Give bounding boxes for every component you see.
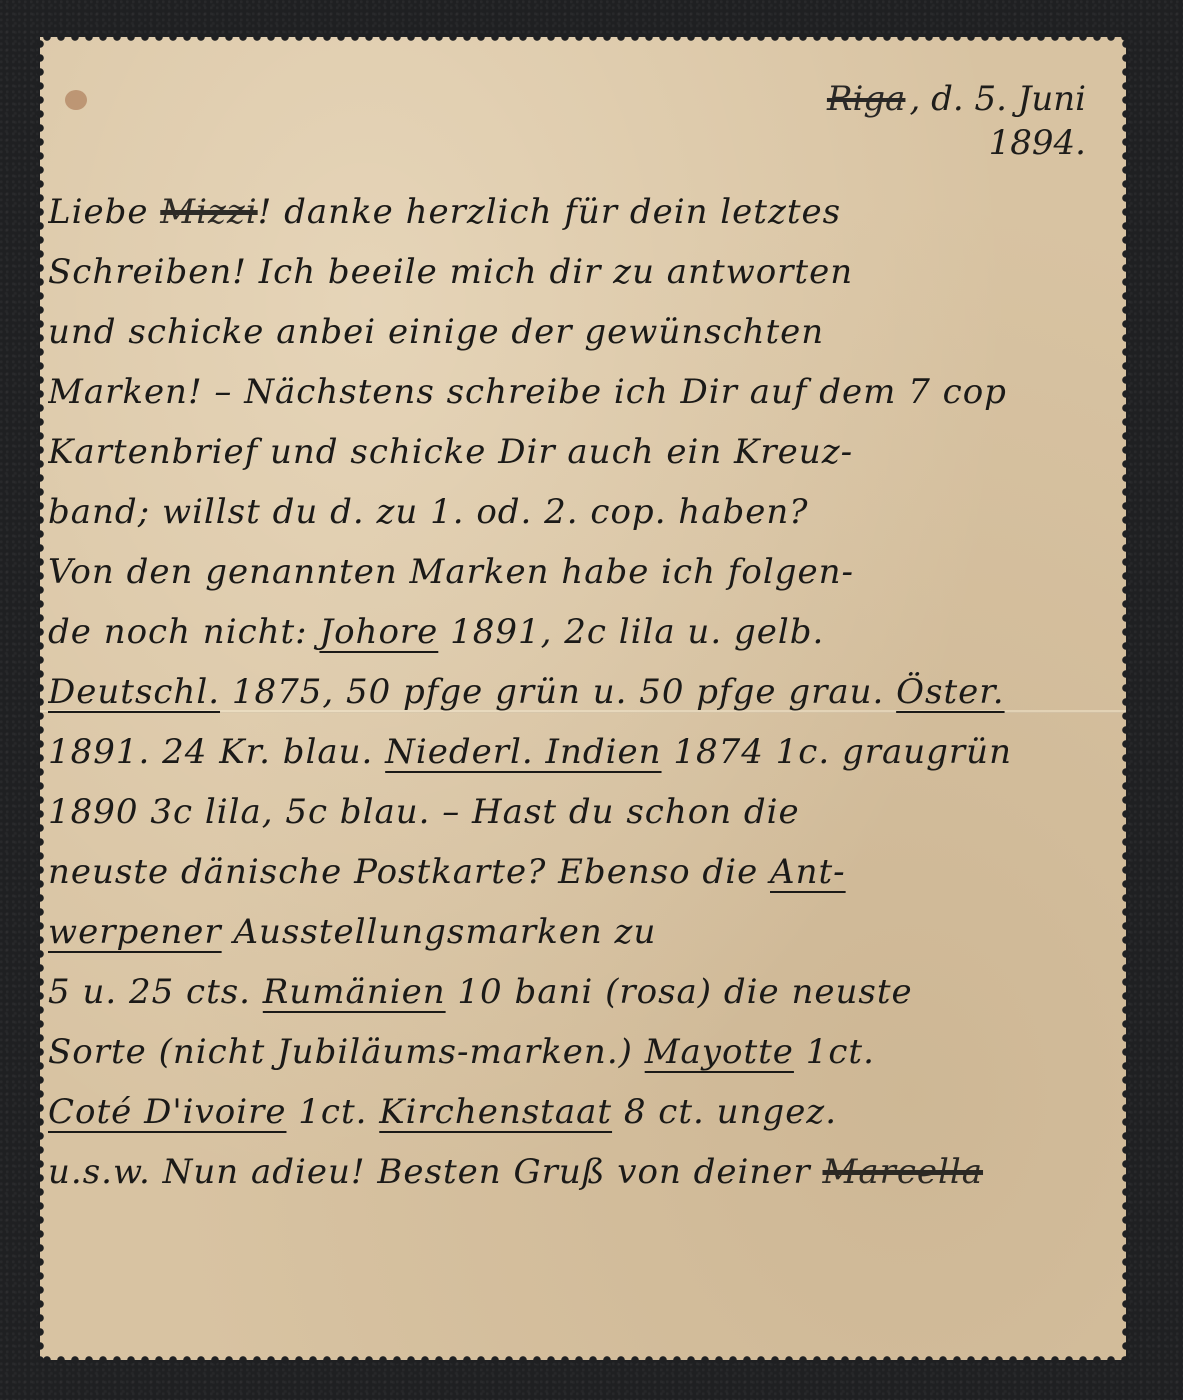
letter-text: 1891. 24 Kr. blau. [48,732,385,772]
letter-line: band; willst du d. zu 1. od. 2. cop. hab… [48,482,1114,542]
letter-body: Liebe Mizzi! danke herzlich für dein let… [48,182,1114,1202]
letter-line: und schicke anbei einige der gewünschten [48,302,1114,362]
letter-card: Riga, d. 5. Juni 1894. Liebe Mizzi! dank… [40,37,1126,1360]
letter-line: Coté D'ivoire 1ct. Kirchenstaat 8 ct. un… [48,1082,1114,1142]
letter-text: ! danke herzlich für dein letztes [258,192,841,232]
perforated-edge-bottom [40,1356,1126,1364]
underlined-stamp-name: Niederl. Indien [385,732,661,772]
perforated-edge-right [1122,37,1130,1360]
letter-line: Kartenbrief und schicke Dir auch ein Kre… [48,422,1114,482]
letter-line: u.s.w. Nun adieu! Besten Gruß von deiner… [48,1142,1114,1202]
date-header: Riga, d. 5. Juni 1894. [827,77,1086,165]
underlined-stamp-name: Deutschl. [48,672,220,712]
underlined-stamp-name: Rumänien [263,972,446,1012]
perforated-edge-left [36,37,44,1360]
underlined-stamp-name: Mayotte [645,1032,794,1072]
letter-line: werpener Ausstellungsmarken zu [48,902,1114,962]
letter-line: Von den genannten Marken habe ich folgen… [48,542,1114,602]
letter-text: Ausstellungsmarken zu [222,912,657,952]
letter-text: 1ct. [286,1092,379,1132]
letter-line: 1891. 24 Kr. blau. Niederl. Indien 1874 … [48,722,1114,782]
letter-line: Liebe Mizzi! danke herzlich für dein let… [48,182,1114,242]
underlined-stamp-name: Öster. [896,672,1004,712]
letter-line: neuste dänische Postkarte? Ebenso die An… [48,842,1114,902]
letter-text: 5 u. 25 cts. [48,972,263,1012]
struck-name: Mizzi [160,192,257,232]
letter-line: 5 u. 25 cts. Rumänien 10 bani (rosa) die… [48,962,1114,1022]
letter-line: de noch nicht: Johore 1891, 2c lila u. g… [48,602,1114,662]
underlined-stamp-name: Coté D'ivoire [48,1092,286,1132]
letter-text: neuste dänische Postkarte? Ebenso die [48,852,770,892]
letter-line: Deutschl. 1875, 50 pfge grün u. 50 pfge … [48,662,1114,722]
letter-text: Liebe [48,192,160,232]
underlined-stamp-name: Johore [319,612,438,652]
date-line: , d. 5. Juni [909,79,1086,119]
letter-text: 1874 1c. graugrün [662,732,1012,772]
letter-text: Marken! – Nächstens schreibe ich Dir auf… [48,372,1007,412]
letter-text: und schicke anbei einige der gewünschten [48,312,824,352]
letter-text: Kartenbrief und schicke Dir auch ein Kre… [48,432,853,472]
underlined-stamp-name: Kirchenstaat [379,1092,612,1132]
letter-text: Sorte (nicht Jubiläums-marken.) [48,1032,645,1072]
letter-text: 1875, 50 pfge grün u. 50 pfge grau. [220,672,896,712]
struck-place-name: Riga [827,79,906,119]
letter-text: 1890 3c lila, 5c blau. – Hast du schon d… [48,792,800,832]
underlined-stamp-name: werpener [48,912,222,952]
letter-text: Von den genannten Marken habe ich folgen… [48,552,854,592]
letter-text: 8 ct. ungez. [612,1092,837,1132]
letter-line: Sorte (nicht Jubiläums-marken.) Mayotte … [48,1022,1114,1082]
perforated-edge-top [40,33,1126,41]
letter-line: 1890 3c lila, 5c blau. – Hast du schon d… [48,782,1114,842]
letter-text: de noch nicht: [48,612,319,652]
letter-text: 1891, 2c lila u. gelb. [438,612,824,652]
letter-line: Marken! – Nächstens schreibe ich Dir auf… [48,362,1114,422]
struck-name: Marcella [823,1152,984,1192]
paper-stain [65,90,87,110]
letter-text: 10 bani (rosa) die neuste [446,972,913,1012]
letter-text: 1ct. [794,1032,875,1072]
underlined-stamp-name: Ant- [770,852,846,892]
letter-text: u.s.w. Nun adieu! Besten Gruß von deiner [48,1152,823,1192]
letter-text: Schreiben! Ich beeile mich dir zu antwor… [48,252,853,292]
letter-text: band; willst du d. zu 1. od. 2. cop. hab… [48,492,809,532]
date-year: 1894. [827,121,1086,165]
letter-line: Schreiben! Ich beeile mich dir zu antwor… [48,242,1114,302]
